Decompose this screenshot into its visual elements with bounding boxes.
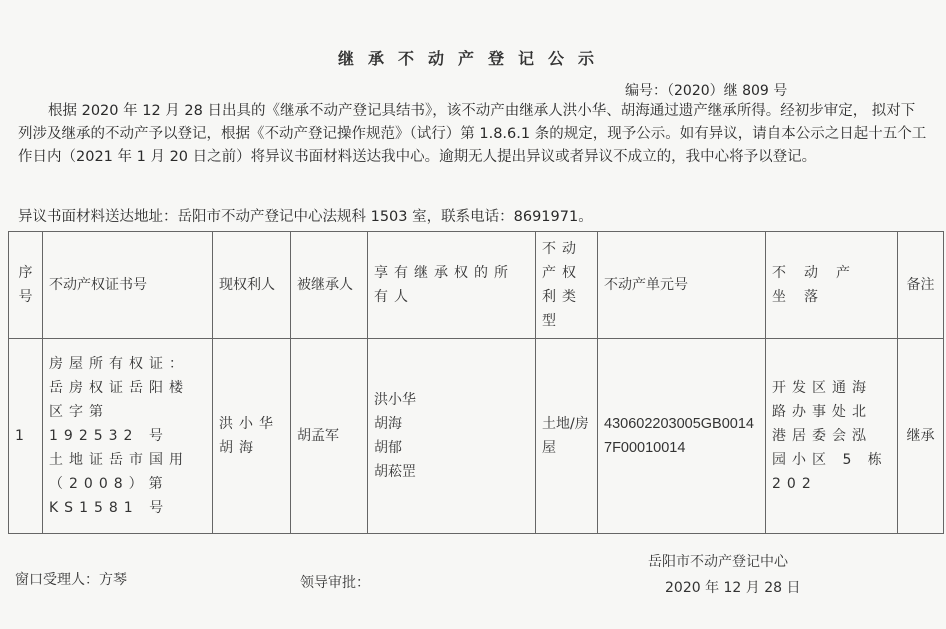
cell-remark: 继承 [898,339,944,534]
document-title: 继承不动产登记公示 [0,46,946,69]
notice-text: 根据 2020 年 12 月 28 日出具的《继承不动产登记具结书》，该不动产由… [18,100,928,169]
header-right-type: 不动产权利类型 [536,232,598,339]
cell-unit-no: 430602203005GB00147F00010014 [598,339,766,534]
header-unit-no: 不动产单元号 [598,232,766,339]
header-remark: 备注 [898,232,944,339]
window-clerk: 窗口受理人：方琴 [15,569,127,589]
objection-address: 异议书面材料送达地址：岳阳市不动产登记中心法规科 1503 室，联系电话：869… [18,205,593,226]
header-seq: 序号 [9,232,43,339]
header-location: 不动产坐落 [766,232,898,339]
heir: 洪小华 [374,388,529,412]
heir: 胡菘罡 [374,460,529,484]
document-number: 编号：（2020）继 809 号 [625,80,787,100]
header-decedent: 被继承人 [291,232,368,339]
heir: 胡郁 [374,436,529,460]
heir: 胡海 [374,412,529,436]
cell-current-holder: 洪小华 胡海 [213,339,291,534]
cert-house: 房屋所有权证：岳房权证岳阳楼区字第 192532 号 [49,352,206,448]
cert-land: 土地证岳市国用（2008）第 KS1581 号 [49,448,206,520]
cell-right-type: 土地/房屋 [536,339,598,534]
cell-heirs: 洪小华 胡海 胡郁 胡菘罡 [368,339,536,534]
table-header-row: 序号 不动产权证书号 现权利人 被继承人 享有继承权的所有人 不动产权利类型 不… [9,232,944,339]
header-cert-no: 不动产权证书号 [43,232,213,339]
leader-approval: 领导审批： [300,572,370,592]
header-current-holder: 现权利人 [213,232,291,339]
issuer: 岳阳市不动产登记中心 [648,551,788,571]
body-paragraph: 根据 2020 年 12 月 28 日出具的《继承不动产登记具结书》，该不动产由… [18,100,928,169]
header-heirs: 享有继承权的所有人 [368,232,536,339]
cell-decedent: 胡孟军 [291,339,368,534]
registration-table: 序号 不动产权证书号 现权利人 被继承人 享有继承权的所有人 不动产权利类型 不… [8,231,944,534]
cell-cert-no: 房屋所有权证：岳房权证岳阳楼区字第 192532 号 土地证岳市国用（2008）… [43,339,213,534]
cell-seq: 1 [9,339,43,534]
cell-location: 开发区通海路办事处北港居委会泓园小区 5 栋 202 [766,339,898,534]
issue-date: 2020 年 12 月 28 日 [665,577,801,597]
table-row: 1 房屋所有权证：岳房权证岳阳楼区字第 192532 号 土地证岳市国用（200… [9,339,944,534]
